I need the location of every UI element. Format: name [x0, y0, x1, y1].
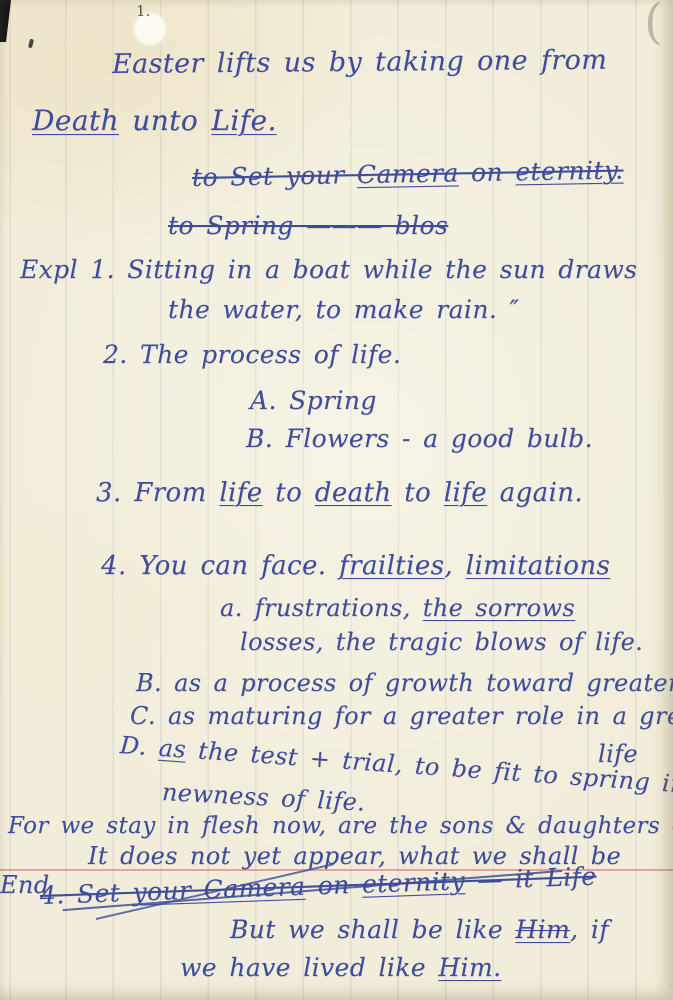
- handwriting-segment: But we shall be like: [230, 915, 515, 944]
- handwriting-segment: Him.: [438, 953, 501, 982]
- handwriting-segment: again.: [487, 478, 583, 508]
- handwriting-line: C. as maturing for a greater role in a g…: [130, 703, 673, 729]
- ink-speck: [28, 39, 34, 49]
- handwriting-segment: on: [458, 157, 515, 187]
- handwriting-segment: life: [219, 478, 262, 508]
- handwriting-line: we have lived like Him.: [180, 954, 501, 982]
- handwriting-segment: ,: [444, 551, 465, 581]
- punch-hole-arc-icon: (: [644, 0, 663, 50]
- handwriting-segment: a. frustrations,: [220, 594, 423, 622]
- handwriting-line: Expl 1. Sitting in a boat while the sun …: [20, 256, 637, 284]
- handwriting-segment: — it Life: [464, 862, 596, 896]
- handwriting-segment: to: [263, 478, 315, 508]
- handwriting-segment: B. as a process of growth toward greater…: [136, 669, 673, 697]
- handwriting-segment: Camera: [357, 158, 459, 189]
- handwriting-segment: 4. You can face.: [101, 551, 339, 581]
- handwriting-segment: as: [158, 734, 187, 764]
- handwriting-segment: to Spring ——— blos: [168, 211, 448, 240]
- handwriting-segment: 3. From: [96, 478, 219, 508]
- handwriting-segment: 4. Set: [39, 878, 132, 910]
- handwriting-line: a. frustrations, the sorrows: [220, 595, 575, 621]
- handwriting-segment: on: [305, 870, 363, 901]
- handwriting-line: But we shall be like Him, if: [230, 916, 609, 944]
- handwriting-line: For we stay in flesh now, are the sons &…: [8, 814, 673, 839]
- scanned-notebook-page: 1. ( Easter lifts us by taking one fromD…: [0, 0, 673, 1000]
- handwriting-segment: , if: [570, 915, 609, 944]
- handwriting-line: B. Flowers - a good bulb.: [246, 425, 593, 453]
- handwriting-line: B. as a process of growth toward greater…: [136, 670, 673, 696]
- handwriting-segment: limitations: [466, 551, 610, 581]
- handwriting-line: Death unto Life.: [32, 106, 277, 137]
- handwriting-segment: Death: [32, 104, 119, 137]
- handwriting-line: A. Spring: [250, 387, 377, 415]
- handwriting-segment: Life.: [211, 104, 276, 137]
- handwriting-segment: we have lived like: [180, 953, 438, 982]
- handwriting-segment: frailties: [339, 551, 444, 581]
- handwriting-segment: your Camera: [132, 872, 306, 907]
- handwriting-line: to Set your Camera on eternity.: [192, 156, 624, 191]
- handwriting-line: Easter lifts us by taking one from: [112, 46, 607, 80]
- handwriting-segment: newness of life.: [161, 778, 366, 817]
- handwriting-line: losses, the tragic blows of life.: [240, 629, 643, 655]
- handwriting-segment: Him: [515, 915, 570, 944]
- handwriting-segment: Easter lifts us by taking one from: [112, 45, 608, 80]
- handwriting-segment: eternity.: [515, 155, 624, 186]
- handwriting-segment: D.: [119, 731, 160, 762]
- handwriting-segment: 2. The process of life.: [103, 340, 401, 369]
- handwriting-segment: the water, to make rain. ″: [168, 295, 519, 324]
- page-number: 1.: [136, 2, 150, 20]
- handwriting-segment: life: [598, 740, 638, 768]
- handwriting-line: the water, to make rain. ″: [168, 296, 519, 324]
- handwriting-segment: losses, the tragic blows of life.: [240, 628, 643, 656]
- handwriting-line: life: [598, 741, 638, 767]
- handwriting-line: 3. From life to death to life again.: [96, 479, 583, 508]
- handwriting-line: to Spring ——— blos: [168, 212, 448, 240]
- handwriting-segment: C. as maturing for a greater role in a g…: [130, 702, 673, 730]
- handwriting-segment: the sorrows: [423, 594, 575, 622]
- handwriting-segment: unto: [119, 104, 211, 137]
- handwriting-segment: death: [315, 478, 392, 508]
- handwriting-segment: B. Flowers - a good bulb.: [246, 424, 593, 453]
- handwriting-segment: to Set your: [192, 160, 357, 192]
- handwriting-segment: life: [444, 478, 487, 508]
- handwriting-segment: Expl 1. Sitting in a boat while the sun …: [20, 255, 637, 284]
- handwriting-segment: A. Spring: [250, 386, 377, 415]
- handwriting-segment: to: [392, 478, 444, 508]
- handwriting-line: 2. The process of life.: [103, 341, 401, 369]
- handwriting-segment: For we stay in flesh now, are the sons &…: [8, 813, 673, 839]
- handwriting-line: newness of life.: [161, 779, 366, 816]
- scan-corner-blot: [0, 0, 11, 42]
- handwriting-line: 4. You can face. frailties, limitations: [101, 552, 610, 581]
- handwriting-segment: eternity: [361, 866, 465, 899]
